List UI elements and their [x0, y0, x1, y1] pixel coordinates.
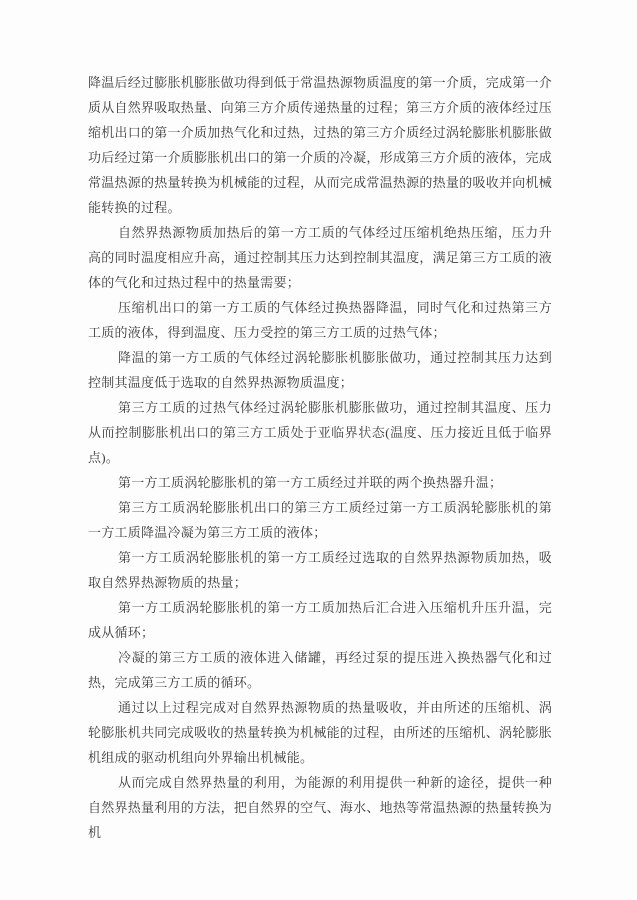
- paragraph: 第一方工质涡轮膨胀机的第一方工质加热后汇合进入压缩机升压升温，完成从循环；: [88, 595, 552, 645]
- paragraph: 从而完成自然界热量的利用，为能源的利用提供一种新的途径，提供一种自然界热量利用的…: [88, 770, 552, 845]
- document-text-block: 降温后经过膨胀机膨胀做功得到低于常温热源物质温度的第一介质，完成第一介质从自然界…: [88, 70, 552, 845]
- paragraph: 第三方工质的过热气体经过涡轮膨胀机膨胀做功，通过控制其温度、压力从而控制膨胀机出…: [88, 395, 552, 470]
- paragraph: 冷凝的第三方工质的液体进入储罐，再经过泵的提压进入换热器气化和过热，完成第三方工…: [88, 645, 552, 695]
- paragraph: 第一方工质涡轮膨胀机的第一方工质经过选取的自然界热源物质加热，吸取自然界热源物质…: [88, 545, 552, 595]
- paragraph: 降温的第一方工质的气体经过涡轮膨胀机膨胀做功，通过控制其压力达到控制其温度低于选…: [88, 345, 552, 395]
- paragraph: 压缩机出口的第一方工质的气体经过换热器降温，同时气化和过热第三方工质的液体，得到…: [88, 295, 552, 345]
- paragraph: 自然界热源物质加热后的第一方工质的气体经过压缩机绝热压缩，压力升高的同时温度相应…: [88, 220, 552, 295]
- paragraph: 降温后经过膨胀机膨胀做功得到低于常温热源物质温度的第一介质，完成第一介质从自然界…: [88, 70, 552, 220]
- paragraph: 第三方工质涡轮膨胀机出口的第三方工质经过第一方工质涡轮膨胀机的第一方工质降温冷凝…: [88, 495, 552, 545]
- paragraph: 通过以上过程完成对自然界热源物质的热量吸收，并由所述的压缩机、涡轮膨胀机共同完成…: [88, 695, 552, 770]
- document-page: 降温后经过膨胀机膨胀做功得到低于常温热源物质温度的第一介质，完成第一介质从自然界…: [0, 0, 637, 900]
- paragraph: 第一方工质涡轮膨胀机的第一方工质经过并联的两个换热器升温；: [88, 470, 552, 495]
